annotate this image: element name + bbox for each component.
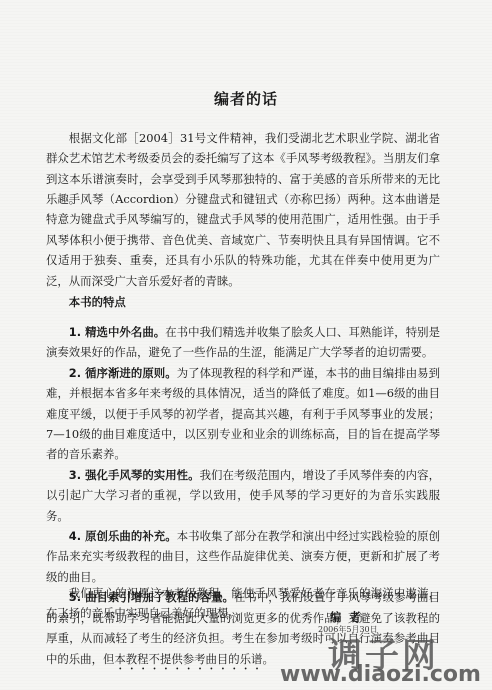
feature-text: 为了体现教程的科学和严谨，本书的曲目编排由易到难，并根据本省多年来考级的具体情况… xyxy=(46,366,440,462)
signature: 编者 xyxy=(330,609,369,625)
feature-item-3: 3. 强化手风琴的实用性。我们在考级范围内，增设了手风琴伴奏的内容，以引起广大学… xyxy=(46,465,440,526)
feature-tail: 。 xyxy=(262,652,273,666)
feature-item-1: 1. 精选中外名曲。在书中我们精选并收集了脍炙人口、耳熟能详，特别是演奏效果好的… xyxy=(46,322,440,363)
feature-title: 3. 强化手风琴的实用性。 xyxy=(69,468,200,482)
features-heading: 本书的特点 xyxy=(46,292,440,312)
feature-title: 2. 循序渐进的原则。 xyxy=(69,366,177,380)
feature-title: 1. 精选中外名曲。 xyxy=(69,325,165,339)
intro-text-2: 手风琴（Accordion）分键盘式和键钮式（亦称巴扬）两种。这本曲谱是特意为键… xyxy=(46,189,440,291)
closing-paragraph: 我们衷心的祝愿这本考级教程，能使手风琴爱好者在音乐的海洋中遨游，在飞扬的音乐中实… xyxy=(46,583,440,624)
watermark-url: www.diaozi.com xyxy=(280,662,481,687)
document-page: 编者的话 根据文化部［2004］31号文件精神，我们受湖北艺术职业学院、湖北省群… xyxy=(0,0,492,690)
feature-item-2: 2. 循序渐进的原则。为了体现教程的科学和严谨，本书的曲目编排由易到难，并根据本… xyxy=(46,363,440,465)
feature-item-4: 4. 原创乐曲的补充。本书收集了部分在教学和演出中经过实践检验的原创作品来充实考… xyxy=(46,526,440,587)
feature-title: 4. 原创乐曲的补充。 xyxy=(69,529,177,543)
page-title: 编者的话 xyxy=(0,88,492,109)
intro-paragraph-2: 手风琴（Accordion）分键盘式和键钮式（亦称巴扬）两种。这本曲谱是特意为键… xyxy=(46,189,440,291)
emphasized-text: 本教程不提供参考曲目的乐谱 xyxy=(114,652,262,666)
closing-text: 我们衷心的祝愿这本考级教程，能使手风琴爱好者在音乐的海洋中遨游，在飞扬的音乐中实… xyxy=(46,583,440,624)
features-heading-text: 本书的特点 xyxy=(46,292,440,312)
